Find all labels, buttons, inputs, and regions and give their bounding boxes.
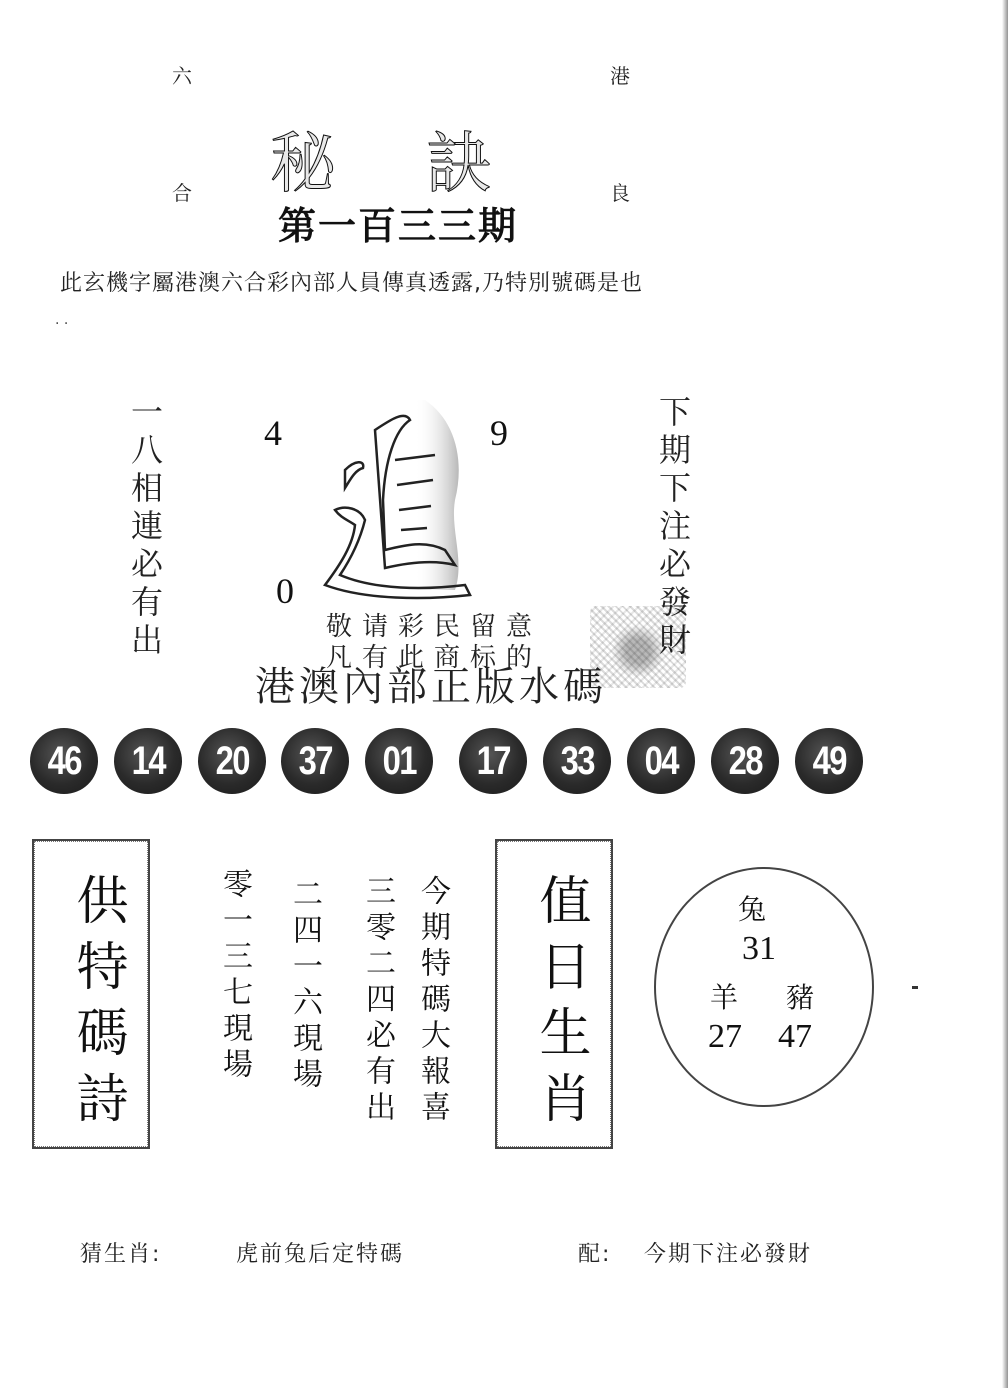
number-ball: 37 — [281, 728, 349, 794]
footer-guess-label: 猜生肖: — [80, 1237, 161, 1268]
poem-column-1: 今期特碼大報喜 — [410, 875, 454, 1127]
ball-number: 14 — [131, 739, 164, 784]
poem-column-3: 二四一六現場 — [282, 878, 326, 1094]
intro-text: 此玄機字屬港澳六合彩內部人員傳真透露,乃特別號碼是也 — [60, 266, 643, 297]
corner-mark-top-right: 港 — [610, 60, 630, 89]
zodiac-top-animal: 兔 — [738, 888, 766, 928]
poem-column-4: 零一三七現場 — [212, 868, 256, 1084]
number-ball: 20 — [198, 728, 266, 794]
number-ball: 46 — [30, 728, 98, 794]
issue-title: 第一百三三期 — [278, 195, 518, 250]
number-ball: 28 — [711, 728, 779, 794]
big-character-logo — [315, 400, 475, 600]
number-ball: 17 — [459, 728, 527, 794]
ball-number: 28 — [728, 739, 761, 784]
footer-guess-value: 虎前兔后定特碼 — [236, 1237, 404, 1268]
ball-number: 01 — [382, 739, 415, 784]
zodiac-label-box: 值日生肖 — [495, 839, 613, 1149]
scan-speck — [912, 986, 918, 989]
ball-number: 20 — [215, 739, 248, 784]
poem-box-label: 供特碼詩 — [60, 873, 135, 1137]
footer-pair-value: 今期下注必發財 — [644, 1237, 812, 1268]
corner-mark-bottom-right: 良 — [610, 177, 630, 206]
number-ball: 04 — [627, 728, 695, 794]
scan-edge-shadow — [1002, 0, 1008, 1388]
zodiac-left-number: 27 — [708, 1018, 742, 1056]
ball-number: 17 — [476, 739, 509, 784]
poem-column-2: 三零二四必有出 — [355, 875, 399, 1127]
ball-number: 37 — [298, 739, 331, 784]
ball-number: 04 — [644, 739, 677, 784]
digit-top-left: 4 — [264, 412, 282, 454]
corner-mark-top-left: 六 — [172, 60, 192, 89]
ball-number: 33 — [560, 739, 593, 784]
number-ball: 33 — [543, 728, 611, 794]
zodiac-left-animal: 羊 — [710, 976, 738, 1016]
corner-mark-bottom-left: 合 — [172, 177, 192, 206]
zodiac-right-animal: 豬 — [786, 976, 814, 1016]
ball-number: 49 — [812, 739, 845, 784]
zodiac-box-label: 值日生肖 — [523, 873, 598, 1137]
zodiac-right-number: 47 — [778, 1018, 812, 1056]
number-ball: 14 — [114, 728, 182, 794]
number-ball: 49 — [795, 728, 863, 794]
poem-label-box: 供特碼詩 — [32, 839, 150, 1149]
left-vertical-slogan: 一八相連必有出 — [122, 395, 168, 661]
digit-bottom-left: 0 — [276, 570, 294, 612]
footer-pair-label: 配: — [578, 1237, 611, 1268]
number-ball: 01 — [365, 728, 433, 794]
zodiac-top-number: 31 — [742, 930, 776, 968]
document-title: 秘訣 — [270, 110, 582, 205]
jin-character-icon — [315, 400, 475, 600]
intro-marks: . . — [55, 312, 68, 328]
trademark-stamp-icon — [590, 606, 686, 688]
ball-number: 46 — [47, 739, 80, 784]
digit-top-right: 9 — [490, 412, 508, 454]
brand-line: 港澳內部正版水碼 — [255, 655, 607, 712]
